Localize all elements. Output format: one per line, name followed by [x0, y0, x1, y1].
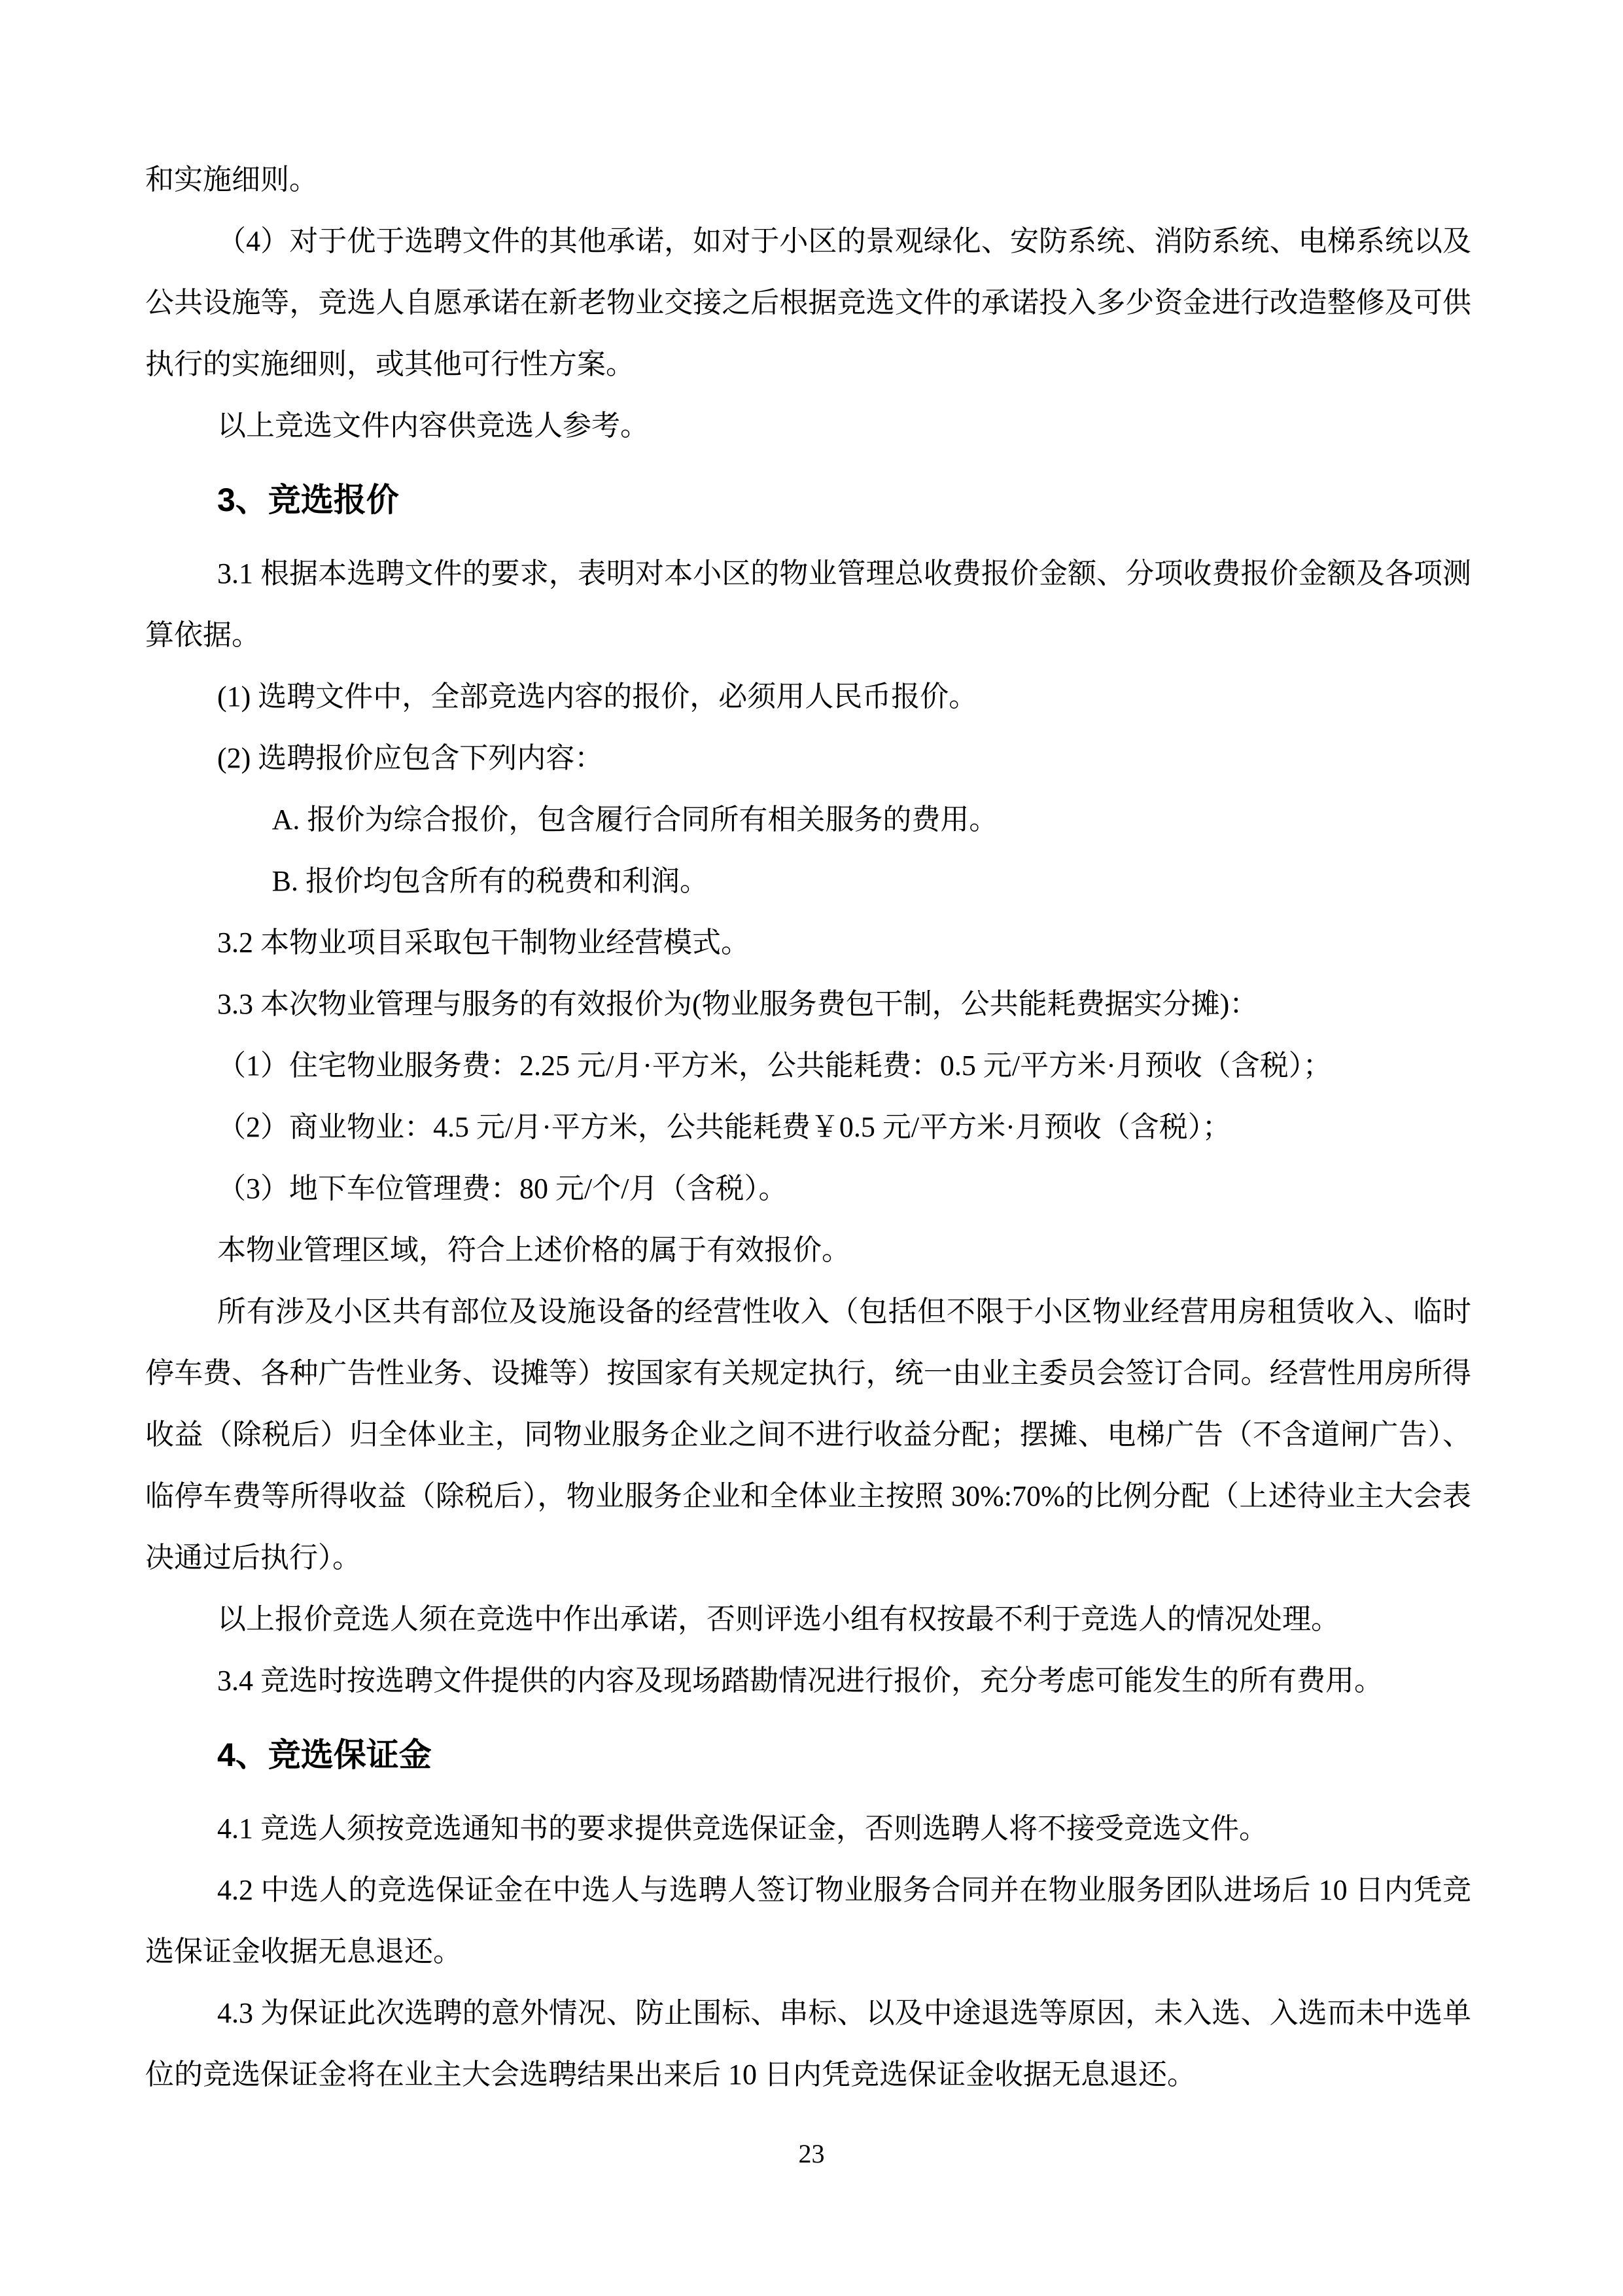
section-heading-3: 3、竞选报价: [145, 466, 1471, 534]
paragraph-3-1-item-1: (1) 选聘文件中，全部竞选内容的报价，必须用人民币报价。: [145, 666, 1471, 728]
paragraph-commitment: 以上报价竞选人须在竞选中作出承诺，否则评选小组有权按最不利于竞选人的情况处理。: [145, 1589, 1471, 1650]
document-page: 和实施细则。 （4）对于优于选聘文件的其他承诺，如对于小区的景观绿化、安防系统、…: [0, 0, 1623, 2296]
paragraph-3-4: 3.4 竞选时按选聘文件提供的内容及现场踏勘情况进行报价，充分考虑可能发生的所有…: [145, 1650, 1471, 1712]
paragraph-tail: 和实施细则。: [145, 149, 1471, 211]
paragraph-item-b: B. 报价均包含所有的税费和利润。: [145, 851, 1471, 912]
paragraph-3-3: 3.3 本次物业管理与服务的有效报价为(物业服务费包干制，公共能耗费据实分摊)：: [145, 974, 1471, 1035]
paragraph-price-item-3: （3）地下车位管理费：80 元/个/月（含税）。: [145, 1158, 1471, 1220]
paragraph-price-item-1: （1）住宅物业服务费：2.25 元/月·平方米，公共能耗费：0.5 元/平方米·…: [145, 1035, 1471, 1097]
paragraph-4-3: 4.3 为保证此次选聘的意外情况、防止围标、串标、以及中途退选等原因，未入选、入…: [145, 1983, 1471, 2106]
paragraph-item-a: A. 报价为综合报价，包含履行合同所有相关服务的费用。: [145, 789, 1471, 851]
paragraph-3-1-item-2: (2) 选聘报价应包含下列内容：: [145, 728, 1471, 789]
section-heading-4: 4、竞选保证金: [145, 1721, 1471, 1789]
paragraph-price-item-2: （2）商业物业：4.5 元/月·平方米，公共能耗费￥0.5 元/平方米·月预收（…: [145, 1097, 1471, 1158]
paragraph-3-1: 3.1 根据本选聘文件的要求，表明对本小区的物业管理总收费报价金额、分项收费报价…: [145, 543, 1471, 666]
paragraph-3-2: 3.2 本物业项目采取包干制物业经营模式。: [145, 912, 1471, 974]
paragraph-valid-offer: 本物业管理区域，符合上述价格的属于有效报价。: [145, 1220, 1471, 1281]
document-body: 和实施细则。 （4）对于优于选聘文件的其他承诺，如对于小区的景观绿化、安防系统、…: [145, 149, 1471, 2106]
paragraph-4-2: 4.2 中选人的竞选保证金在中选人与选聘人签订物业服务合同并在物业服务团队进场后…: [145, 1860, 1471, 1983]
paragraph-operating-income: 所有涉及小区共有部位及设施设备的经营性收入（包括但不限于小区物业经营用房租赁收入…: [145, 1281, 1471, 1589]
paragraph-reference-note: 以上竞选文件内容供竞选人参考。: [145, 395, 1471, 457]
paragraph-4-1: 4.1 竞选人须按竞选通知书的要求提供竞选保证金，否则选聘人将不接受竞选文件。: [145, 1798, 1471, 1860]
paragraph-item-4: （4）对于优于选聘文件的其他承诺，如对于小区的景观绿化、安防系统、消防系统、电梯…: [145, 211, 1471, 395]
page-number: 23: [0, 2138, 1623, 2169]
